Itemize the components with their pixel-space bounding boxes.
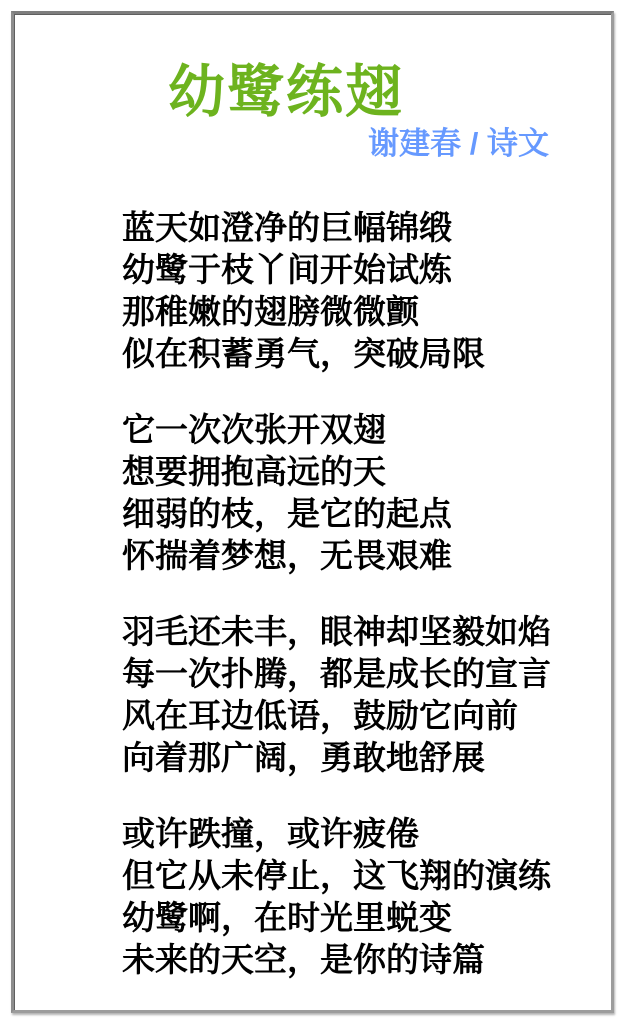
page-content: 幼鹭练翅 谢建春 / 诗文 蓝天如澄净的巨幅锦缎 幼鹭于枝丫间开始试炼 那稚嫩的… bbox=[16, 16, 611, 981]
poem-line: 细弱的枝，是它的起点 bbox=[122, 493, 611, 535]
poem-line: 未来的天空，是你的诗篇 bbox=[122, 939, 611, 981]
poem-line: 幼鹭于枝丫间开始试炼 bbox=[122, 249, 611, 291]
poem-page: 幼鹭练翅 谢建春 / 诗文 蓝天如澄净的巨幅锦缎 幼鹭于枝丫间开始试炼 那稚嫩的… bbox=[0, 0, 627, 1026]
poem-line: 但它从未停止，这飞翔的演练 bbox=[122, 855, 611, 897]
poem-body: 蓝天如澄净的巨幅锦缎 幼鹭于枝丫间开始试炼 那稚嫩的翅膀微微颤 似在积蓄勇气，突… bbox=[122, 207, 611, 981]
poem-line: 怀揣着梦想，无畏艰难 bbox=[122, 535, 611, 577]
poem-line: 想要拥抱高远的天 bbox=[122, 451, 611, 493]
poem-line: 幼鹭啊，在时光里蜕变 bbox=[122, 897, 611, 939]
poem-line: 似在积蓄勇气，突破局限 bbox=[122, 333, 611, 375]
poem-stanza-2: 它一次次张开双翅 想要拥抱高远的天 细弱的枝，是它的起点 怀揣着梦想，无畏艰难 bbox=[122, 409, 611, 577]
poem-line: 每一次扑腾，都是成长的宣言 bbox=[122, 653, 611, 695]
poem-line: 那稚嫩的翅膀微微颤 bbox=[122, 291, 611, 333]
poem-stanza-1: 蓝天如澄净的巨幅锦缎 幼鹭于枝丫间开始试炼 那稚嫩的翅膀微微颤 似在积蓄勇气，突… bbox=[122, 207, 611, 375]
poem-stanza-3: 羽毛还未丰，眼神却坚毅如焰 每一次扑腾，都是成长的宣言 风在耳边低语，鼓励它向前… bbox=[122, 611, 611, 779]
poem-byline: 谢建春 / 诗文 bbox=[16, 127, 549, 161]
poem-line: 它一次次张开双翅 bbox=[122, 409, 611, 451]
poem-line: 羽毛还未丰，眼神却坚毅如焰 bbox=[122, 611, 611, 653]
poem-line: 或许跌撞，或许疲倦 bbox=[122, 813, 611, 855]
poem-line: 蓝天如澄净的巨幅锦缎 bbox=[122, 207, 611, 249]
poem-line: 风在耳边低语，鼓励它向前 bbox=[122, 695, 611, 737]
poem-line: 向着那广阔，勇敢地舒展 bbox=[122, 737, 611, 779]
poem-title: 幼鹭练翅 bbox=[16, 64, 556, 121]
poem-stanza-4: 或许跌撞，或许疲倦 但它从未停止，这飞翔的演练 幼鹭啊，在时光里蜕变 未来的天空… bbox=[122, 813, 611, 981]
